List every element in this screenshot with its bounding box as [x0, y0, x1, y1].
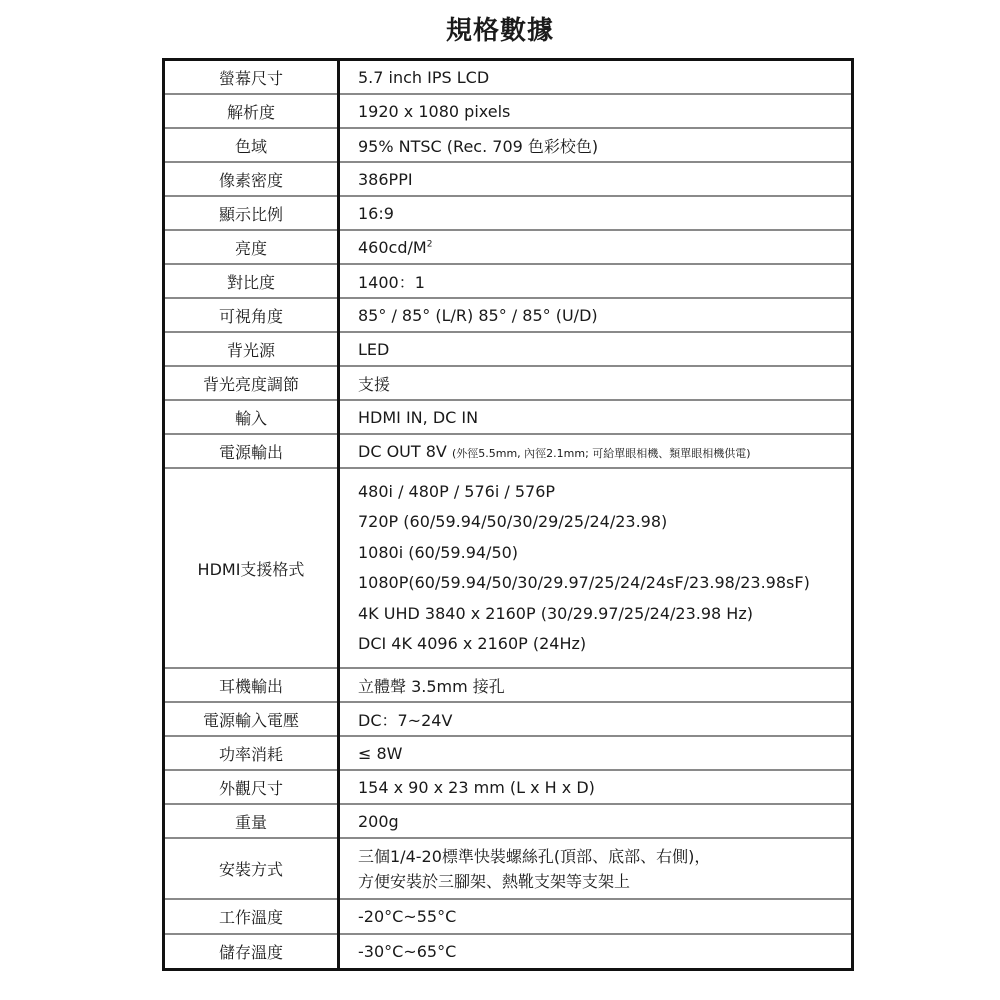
table-row: 像素密度 386PPI: [164, 162, 853, 196]
table-row: 可視角度 85° / 85° (L/R) 85° / 85° (U/D): [164, 298, 853, 332]
table-row: 亮度 460cd/M2: [164, 230, 853, 264]
spec-table: 螢幕尺寸 5.7 inch IPS LCD 解析度 1920 x 1080 pi…: [162, 58, 854, 971]
table-row: 解析度 1920 x 1080 pixels: [164, 94, 853, 128]
spec-value-weight: 200g: [339, 804, 853, 838]
spec-value-hdmi-formats: 480i / 480P / 576i / 576P 720P (60/59.94…: [339, 468, 853, 668]
spec-label-pixel-density: 像素密度: [164, 162, 339, 196]
table-row: 顯示比例 16:9: [164, 196, 853, 230]
table-row: 電源輸入電壓 DC：7~24V: [164, 702, 853, 736]
spec-label-storage-temp: 儲存溫度: [164, 934, 339, 970]
spec-label-operating-temp: 工作溫度: [164, 899, 339, 934]
brightness-value: 460cd/M: [358, 238, 427, 257]
spec-label-mounting: 安裝方式: [164, 838, 339, 899]
spec-value-screen-size: 5.7 inch IPS LCD: [339, 60, 853, 95]
spec-label-input: 輸入: [164, 400, 339, 434]
table-row: 螢幕尺寸 5.7 inch IPS LCD: [164, 60, 853, 95]
table-row: 色域 95% NTSC (Rec. 709 色彩校色): [164, 128, 853, 162]
spec-value-power-consumption: ≤ 8W: [339, 736, 853, 770]
spec-label-brightness: 亮度: [164, 230, 339, 264]
table-row: 背光亮度調節 支援: [164, 366, 853, 400]
table-row: 安裝方式 三個1/4-20標準快裝螺絲孔(頂部、底部、右側)， 方便安裝於三腳架…: [164, 838, 853, 899]
table-row: 重量 200g: [164, 804, 853, 838]
spec-value-aspect-ratio: 16:9: [339, 196, 853, 230]
spec-value-storage-temp: -30°C~65°C: [339, 934, 853, 970]
spec-value-backlight: LED: [339, 332, 853, 366]
spec-label-input-voltage: 電源輸入電壓: [164, 702, 339, 736]
table-row: 耳機輸出 立體聲 3.5mm 接孔: [164, 668, 853, 702]
spec-label-weight: 重量: [164, 804, 339, 838]
spec-value-pixel-density: 386PPI: [339, 162, 853, 196]
table-row: 工作溫度 -20°C~55°C: [164, 899, 853, 934]
spec-label-dimensions: 外觀尺寸: [164, 770, 339, 804]
hdmi-format-line: 1080i (60/59.94/50): [358, 538, 851, 569]
hdmi-format-line: DCI 4K 4096 x 2160P (24Hz): [358, 629, 851, 660]
spec-label-aspect-ratio: 顯示比例: [164, 196, 339, 230]
spec-label-color-gamut: 色域: [164, 128, 339, 162]
spec-value-brightness: 460cd/M2: [339, 230, 853, 264]
table-row: HDMI支援格式 480i / 480P / 576i / 576P 720P …: [164, 468, 853, 668]
spec-label-power-output: 電源輸出: [164, 434, 339, 468]
brightness-superscript: 2: [427, 239, 433, 249]
mounting-line: 三個1/4-20標準快裝螺絲孔(頂部、底部、右側)，: [358, 844, 851, 869]
spec-label-resolution: 解析度: [164, 94, 339, 128]
spec-label-screen-size: 螢幕尺寸: [164, 60, 339, 95]
spec-value-dimensions: 154 x 90 x 23 mm (L x H x D): [339, 770, 853, 804]
spec-value-resolution: 1920 x 1080 pixels: [339, 94, 853, 128]
spec-value-input-voltage: DC：7~24V: [339, 702, 853, 736]
mounting-line: 方便安裝於三腳架、熱靴支架等支架上: [358, 869, 851, 894]
hdmi-format-line: 4K UHD 3840 x 2160P (30/29.97/25/24/23.9…: [358, 599, 851, 630]
spec-label-hdmi-formats: HDMI支援格式: [164, 468, 339, 668]
spec-label-power-consumption: 功率消耗: [164, 736, 339, 770]
power-output-note: (外徑5.5mm, 內徑2.1mm; 可給單眼相機、類單眼相機供電): [452, 447, 751, 460]
spec-label-headphone: 耳機輸出: [164, 668, 339, 702]
table-row: 儲存溫度 -30°C~65°C: [164, 934, 853, 970]
power-output-main: DC OUT 8V: [358, 442, 447, 461]
hdmi-format-line: 720P (60/59.94/50/30/29/25/24/23.98): [358, 507, 851, 538]
spec-value-viewing-angle: 85° / 85° (L/R) 85° / 85° (U/D): [339, 298, 853, 332]
hdmi-format-line: 1080P(60/59.94/50/30/29.97/25/24/24sF/23…: [358, 568, 851, 599]
table-row: 對比度 1400：1: [164, 264, 853, 298]
spec-value-input: HDMI IN, DC IN: [339, 400, 853, 434]
spec-value-contrast: 1400：1: [339, 264, 853, 298]
table-row: 輸入 HDMI IN, DC IN: [164, 400, 853, 434]
spec-label-viewing-angle: 可視角度: [164, 298, 339, 332]
page-title: 規格數據: [0, 10, 1000, 47]
spec-label-backlight-adjust: 背光亮度調節: [164, 366, 339, 400]
spec-label-backlight: 背光源: [164, 332, 339, 366]
table-row: 功率消耗 ≤ 8W: [164, 736, 853, 770]
spec-value-operating-temp: -20°C~55°C: [339, 899, 853, 934]
spec-value-backlight-adjust: 支援: [339, 366, 853, 400]
table-row: 電源輸出 DC OUT 8V (外徑5.5mm, 內徑2.1mm; 可給單眼相機…: [164, 434, 853, 468]
table-row: 外觀尺寸 154 x 90 x 23 mm (L x H x D): [164, 770, 853, 804]
table-row: 背光源 LED: [164, 332, 853, 366]
spec-value-mounting: 三個1/4-20標準快裝螺絲孔(頂部、底部、右側)， 方便安裝於三腳架、熱靴支架…: [339, 838, 853, 899]
spec-value-power-output: DC OUT 8V (外徑5.5mm, 內徑2.1mm; 可給單眼相機、類單眼相…: [339, 434, 853, 468]
hdmi-format-line: 480i / 480P / 576i / 576P: [358, 477, 851, 508]
spec-value-color-gamut: 95% NTSC (Rec. 709 色彩校色): [339, 128, 853, 162]
spec-value-headphone: 立體聲 3.5mm 接孔: [339, 668, 853, 702]
spec-label-contrast: 對比度: [164, 264, 339, 298]
